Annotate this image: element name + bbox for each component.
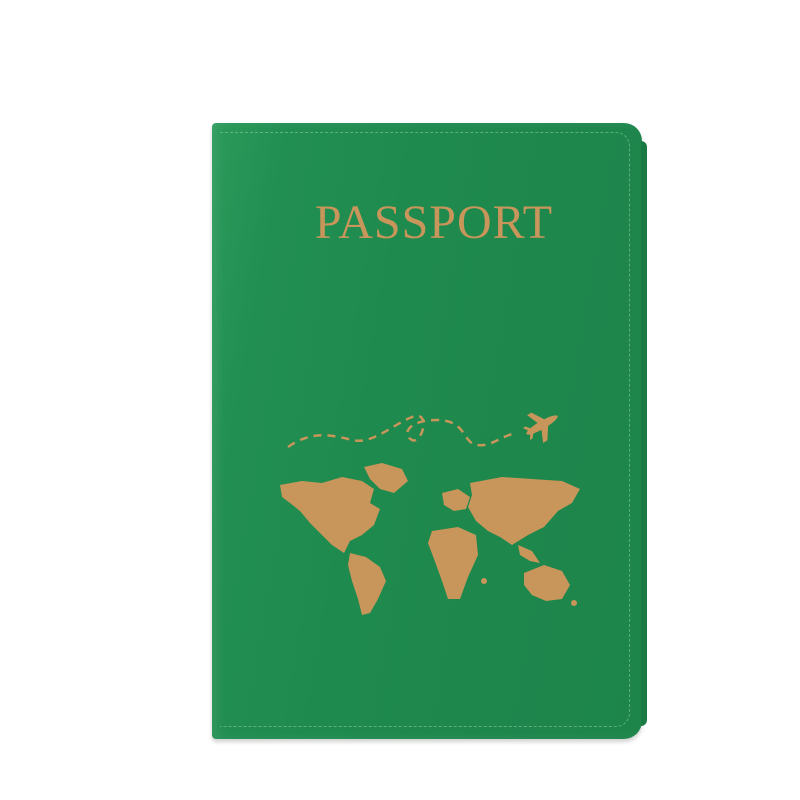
dashed-flight-path bbox=[288, 416, 517, 447]
continents bbox=[280, 463, 580, 615]
passport-cover: PASSPORT bbox=[212, 123, 642, 739]
world-map-graphic bbox=[262, 385, 592, 615]
airplane-icon bbox=[518, 402, 565, 448]
passport-title: PASSPORT bbox=[212, 195, 642, 250]
